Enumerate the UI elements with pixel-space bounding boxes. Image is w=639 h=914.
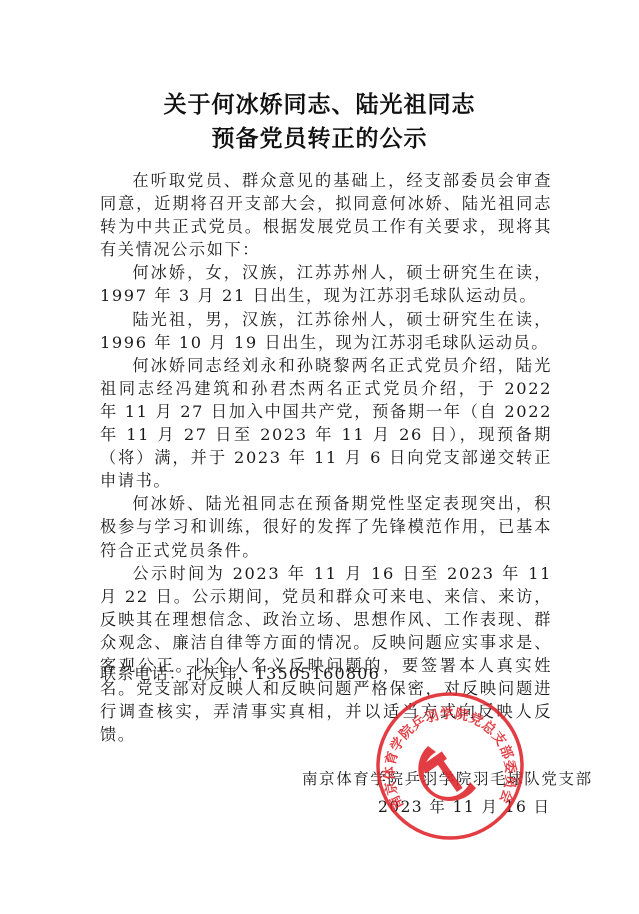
contact-info: 联系电话：孔庆玮，13505160806 <box>100 661 380 684</box>
document-title-line-2: 预备党员转正的公示 <box>0 120 639 153</box>
paragraph-introducers: 何冰娇同志经刘永和孙晓黎两名正式党员介绍，陆光祖同志经冯建筑和孙君杰两名正式党员… <box>100 354 552 493</box>
paragraph-evaluation: 何冰娇、陆光祖同志在预备期党性坚定表现突出，积极参与学习和训练，很好的发挥了先锋… <box>100 492 552 561</box>
official-seal-icon: 南京体育学院乒羽学院党总支部委员会 <box>374 690 526 842</box>
seal-ring-text: 南京体育学院乒羽学院党总支部委员会 <box>381 705 519 812</box>
hammer-and-sickle-icon <box>418 746 476 801</box>
paragraph-intro: 在听取党员、群众意见的基础上，经支部委员会审查同意，近期将召开支部大会，拟同意何… <box>100 169 552 261</box>
svg-text:南京体育学院乒羽学院党总支部委员会: 南京体育学院乒羽学院党总支部委员会 <box>381 705 519 812</box>
document-body: 在听取党员、群众意见的基础上，经支部委员会审查同意，近期将召开支部大会，拟同意何… <box>100 169 552 746</box>
paragraph-candidate-2: 陆光祖，男，汉族，江苏徐州人，硕士研究生在读，1996 年 10 月 19 日出… <box>100 308 552 354</box>
document-title-line-1: 关于何冰娇同志、陆光祖同志 <box>0 86 639 119</box>
paragraph-candidate-1: 何冰娇，女，汉族，江苏苏州人，硕士研究生在读，1997 年 3 月 21 日出生… <box>100 261 552 307</box>
